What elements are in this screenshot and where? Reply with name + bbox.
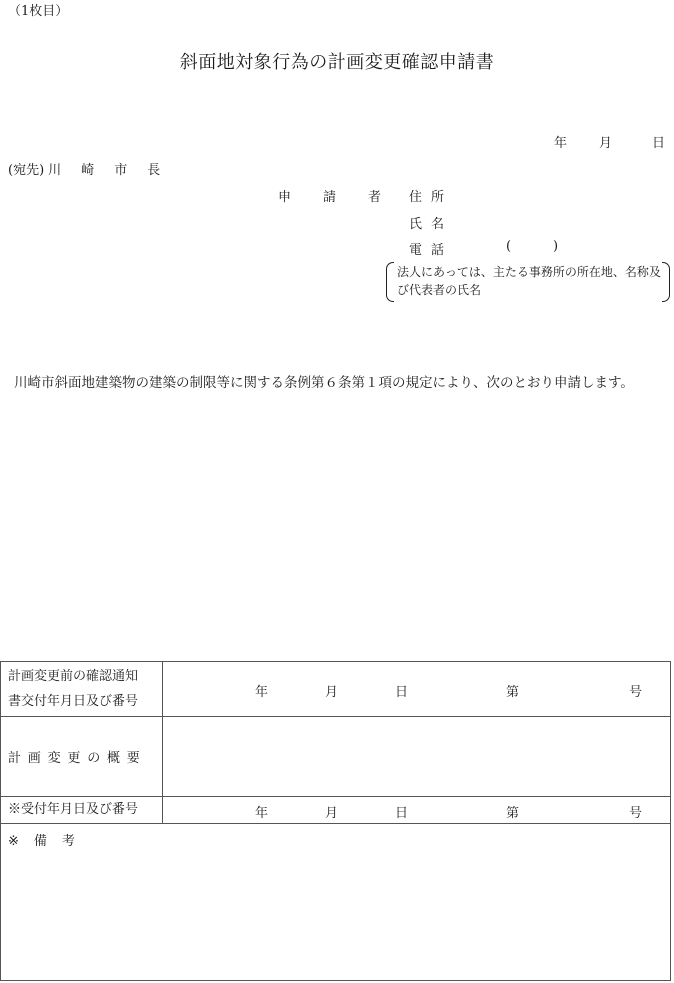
applicant-name-field[interactable]: 氏名 [409,213,444,232]
right-bracket-icon [662,262,670,302]
document-title: 斜面地対象行為の計画変更確認申請書 [0,48,674,74]
remarks-mark: ※ [8,834,19,849]
table-row-previous-confirmation: 計画変更前の確認通知 書交付年月日及び番号 年 月 日 第 号 [1,662,670,717]
corporate-note: 法人にあっては、主たる事務所の所在地、名称及び代表者の氏名 [386,262,670,302]
paren-close: ) [553,239,558,254]
receipt-value-field[interactable]: 年 月 日 第 号 [163,797,670,823]
corporate-note-text: 法人にあっては、主たる事務所の所在地、名称及び代表者の氏名 [397,263,667,299]
row-label: 計画変更前の確認通知 書交付年月日及び番号 [1,662,163,716]
remarks-char: 備 [34,830,47,849]
applicant-label: 申請者 [278,186,410,205]
row-label-line: 計画変更前の確認通知 [8,664,162,689]
address-label-char: 住 [409,186,431,205]
name-label-char: 氏 [409,213,431,232]
number-suffix-label: 号 [629,681,642,700]
date-year-label: 年 [554,132,599,151]
applicant-phone-field[interactable]: 電話 [409,239,444,258]
day-label: 日 [395,681,408,700]
addressee-char: 市 [114,159,127,178]
number-prefix-label: 第 [506,802,519,821]
remarks-char: 考 [62,830,75,849]
date-day-label: 日 [652,132,665,151]
addressee: (宛先)川崎市長 [8,159,180,178]
previous-confirmation-value-field[interactable]: 年 月 日 第 号 [163,662,670,716]
change-summary-field[interactable] [163,717,670,796]
row-label: ※受付年月日及び番号 [1,797,163,823]
number-suffix-label: 号 [629,802,642,821]
applicant-char: 申 [278,186,323,205]
row-label: 計画変更の概要 [1,717,163,796]
phone-area-code-parens: () [506,239,558,254]
addressee-char: 長 [147,159,160,178]
year-label: 年 [255,802,268,821]
addressee-char: 川 [48,159,61,178]
table-row-remarks[interactable]: ※備考 [1,824,670,980]
applicant-char: 請 [323,186,368,205]
phone-label-char: 電 [409,239,431,258]
sheet-number-label: （1枚目） [8,0,68,19]
addressee-char: 崎 [81,159,94,178]
table-row-receipt: ※受付年月日及び番号 年 月 日 第 号 [1,797,670,824]
applicant-char: 者 [368,186,410,205]
row-label-line: 書交付年月日及び番号 [8,689,162,714]
remarks-label: ※備考 [1,824,670,980]
phone-label-char: 話 [431,243,444,258]
paren-open: ( [506,239,553,254]
day-label: 日 [395,802,408,821]
address-label-char: 所 [431,190,444,205]
left-bracket-icon [386,262,394,302]
table-row-change-summary: 計画変更の概要 [1,717,670,797]
application-date: 年月日 [554,132,665,151]
application-form-table: 計画変更前の確認通知 書交付年月日及び番号 年 月 日 第 号 計画変更の概要 … [0,661,671,981]
number-prefix-label: 第 [506,681,519,700]
application-statement: 川崎市斜面地建築物の建築の制限等に関する条例第６条第１項の規定により、次のとおり… [14,371,634,391]
applicant-address-field[interactable]: 住所 [409,186,444,205]
name-label-char: 名 [431,217,444,232]
date-month-label: 月 [599,132,652,151]
year-label: 年 [255,681,268,700]
month-label: 月 [325,681,338,700]
month-label: 月 [325,802,338,821]
addressee-prefix: (宛先) [8,163,44,178]
